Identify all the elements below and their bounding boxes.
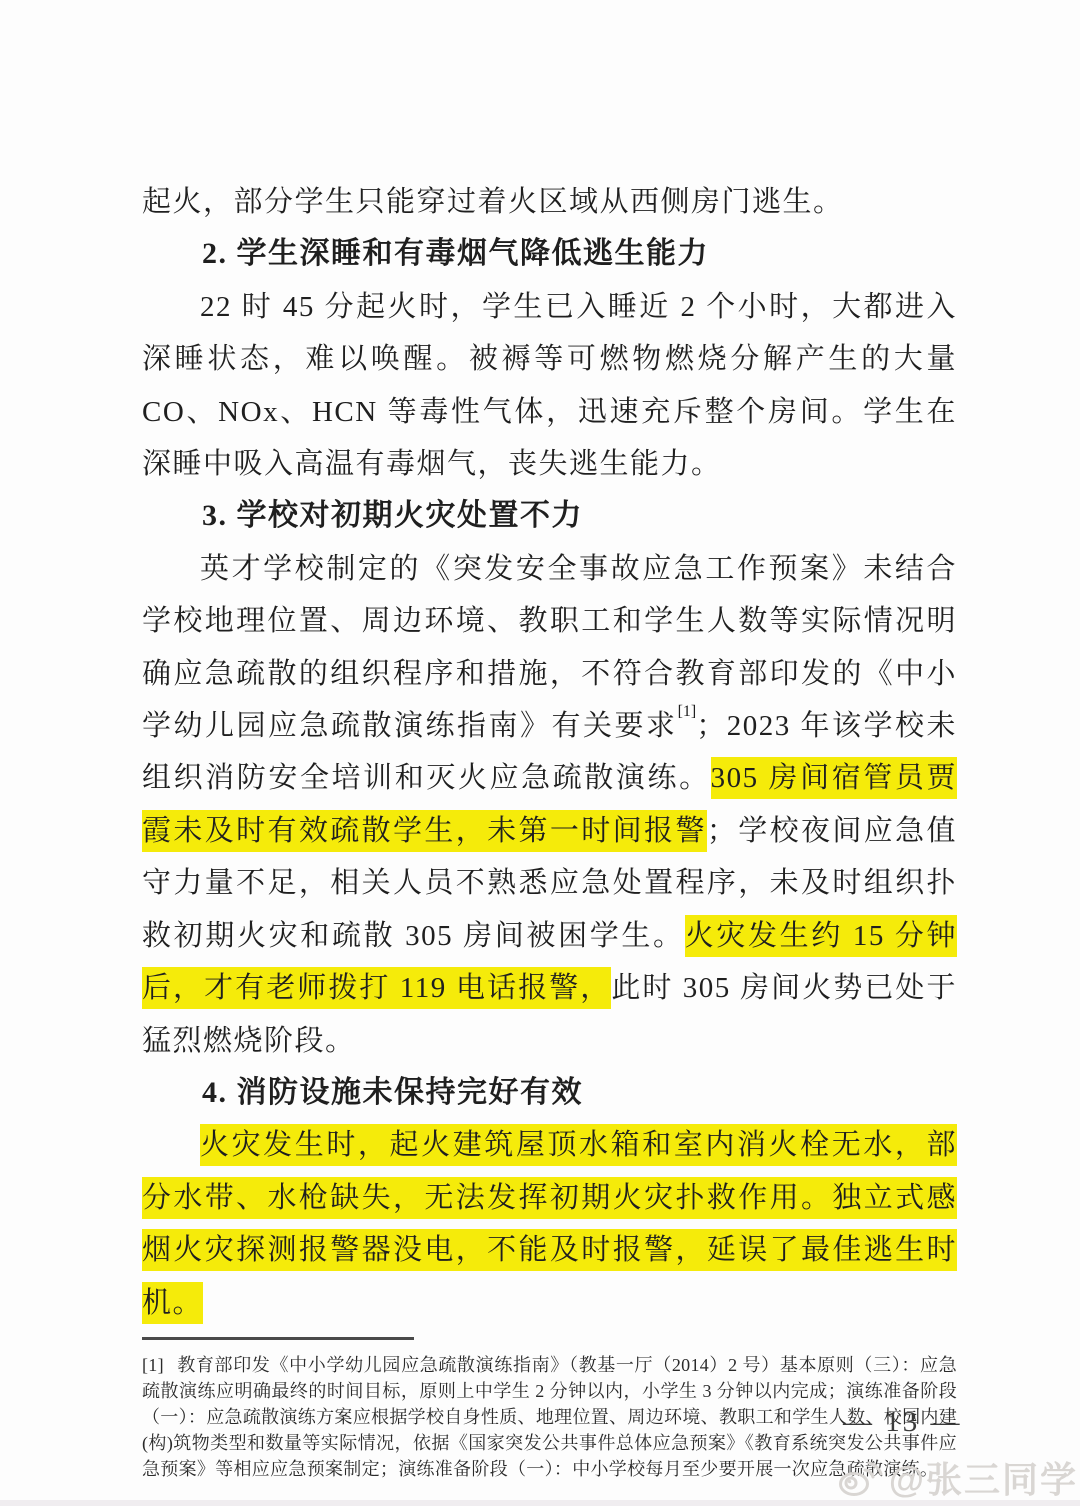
highlighted-text: 火灾发生时，起火建筑屋顶水箱和室内消火栓无水，部分水带、水枪缺失，无法发挥初期火… [142, 1124, 957, 1323]
section-heading: 3. 学校对初期火灾处置不力 [142, 490, 957, 542]
weibo-icon [837, 1457, 883, 1499]
document-body: 起火，部分学生只能穿过着火区域从西侧房门逃生。2. 学生深睡和有毒烟气降低逃生能… [142, 176, 957, 1482]
section-heading: 2. 学生深睡和有毒烟气降低逃生能力 [142, 228, 957, 280]
body-paragraph: 22 时 45 分起火时，学生已入睡近 2 个小时，大都进入深睡状态，难以唤醒。… [142, 281, 957, 491]
photo-edge-strip [0, 1500, 1080, 1506]
text-run: 起火，部分学生只能穿过着火区域从西侧房门逃生。 [142, 186, 844, 218]
body-paragraph: 火灾发生时，起火建筑屋顶水箱和室内消火栓无水，部分水带、水枪缺失，无法发挥初期火… [142, 1119, 957, 1329]
watermark-text: @张三同学 [889, 1452, 1078, 1503]
footnote-reference: [1] [678, 703, 697, 720]
footnote-separator [142, 1337, 414, 1340]
document-page: 起火，部分学生只能穿过着火区域从西侧房门逃生。2. 学生深睡和有毒烟气降低逃生能… [0, 0, 1080, 1506]
footnote-text: 教育部印发《中小学幼儿园应急疏散演练指南》（教基一厅（2014）2 号）基本原则… [142, 1355, 957, 1479]
text-run: 2. 学生深睡和有毒烟气降低逃生能力 [202, 237, 709, 270]
body-paragraph: 起火，部分学生只能穿过着火区域从西侧房门逃生。 [142, 176, 957, 228]
section-heading: 4. 消防设施未保持完好有效 [142, 1067, 957, 1119]
footnote: [1]教育部印发《中小学幼儿园应急疏散演练指南》（教基一厅（2014）2 号）基… [142, 1352, 957, 1482]
body-paragraph: 英才学校制定的《突发安全事故应急工作预案》未结合学校地理位置、周边环境、教职工和… [142, 543, 957, 1067]
text-run: 22 时 45 分起火时，学生已入睡近 2 个小时，大都进入深睡状态，难以唤醒。… [142, 291, 957, 480]
page-number: — 13 — [843, 1406, 953, 1439]
footnote-marker: [1] [142, 1355, 164, 1375]
footnote-section: [1]教育部印发《中小学幼儿园应急疏散演练指南》（教基一厅（2014）2 号）基… [142, 1337, 957, 1482]
text-run: 3. 学校对初期火灾处置不力 [202, 499, 583, 532]
watermark: @张三同学 [837, 1452, 1078, 1503]
text-run: 4. 消防设施未保持完好有效 [202, 1076, 583, 1109]
